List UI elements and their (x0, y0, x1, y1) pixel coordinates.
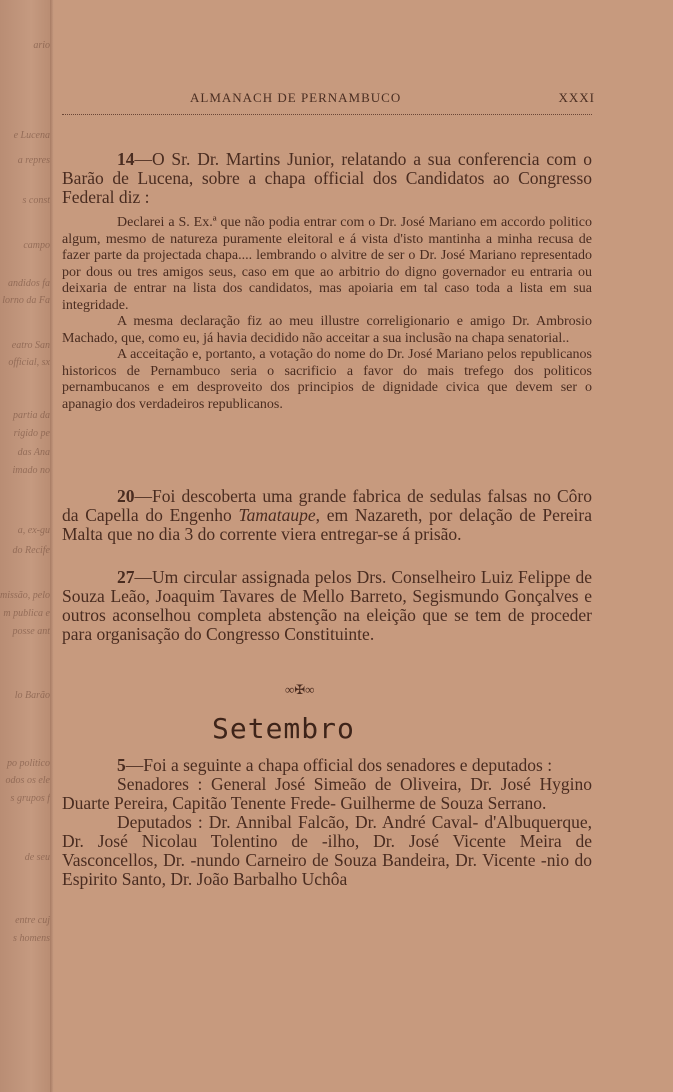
facing-page-fragment: m publica e (3, 608, 50, 619)
facing-page-fragment: imado no (13, 465, 51, 476)
header-rule (62, 114, 592, 115)
facing-page-fragment: campo (23, 240, 50, 251)
senadores-list: Senadores : General José Simeão de Olive… (62, 775, 592, 813)
facing-page-fragment: s const (23, 195, 51, 206)
entry-day: 14 (117, 149, 135, 169)
facing-page-fragment: e Lucena (14, 130, 50, 141)
ornament-divider: ∞✠∞ (285, 682, 314, 698)
quote-paragraph: A acceitação e, portanto, a votação do n… (62, 347, 592, 413)
facing-page-fragment: s grupos f (11, 793, 50, 804)
deputados-list: Deputados : Dr. Annibal Falcão, Dr. Andr… (62, 813, 592, 889)
facing-page-fragment: eatro San (12, 340, 50, 351)
facing-page-fragment: ario (33, 40, 50, 51)
entry-text: —Foi a seguinte a chapa official dos sen… (126, 755, 552, 775)
facing-page-fragment: s homens (13, 933, 50, 944)
facing-page-fragment: official, sx (8, 357, 50, 368)
facing-page-fragment: andidos fa (8, 278, 50, 289)
facing-page-fragment: das Ana (18, 447, 50, 458)
facing-page-fragment: de seu (25, 852, 50, 863)
entry-27: 27—Um circular assignada pelos Drs. Cons… (62, 568, 592, 644)
facing-page-edge: ario e Lucena a repres s const campo and… (0, 0, 52, 1092)
facing-page-fragment: odos os ele (6, 775, 50, 786)
quoted-statement: Declarei a S. Ex.ª que não podia entrar … (62, 215, 592, 413)
facing-page-fragment: a, ex-gu (18, 525, 50, 536)
facing-page-fragment: posse ant (13, 626, 51, 637)
entry-italic: Tamataupe (239, 505, 316, 525)
quote-paragraph: Declarei a S. Ex.ª que não podia entrar … (62, 215, 592, 314)
facing-page-fragment: partia da (13, 410, 50, 421)
entry-day: 20 (117, 486, 135, 506)
entry-14: 14—O Sr. Dr. Martins Junior, relatando a… (62, 150, 592, 207)
facing-page-fragment: po politico (7, 758, 50, 769)
entry-text: —O Sr. Dr. Martins Junior, relatando a s… (62, 149, 592, 207)
facing-page-fragment: rigido pe (14, 428, 50, 439)
entry-day: 5 (117, 755, 126, 775)
entry-20: 20—Foi descoberta uma grande fabrica de … (62, 487, 592, 544)
quote-paragraph: A mesma declaração fiz ao meu illustre c… (62, 314, 592, 347)
page-number: XXXI (559, 90, 596, 106)
facing-page-fragment: do Recife (13, 545, 50, 556)
facing-page-fragment: a repres (18, 155, 50, 166)
month-heading: Setembro (212, 712, 355, 745)
entry-day: 27 (117, 567, 135, 587)
facing-page-fragment: lorno da Fa (2, 295, 50, 306)
entry-sept-5: 5—Foi a seguinte a chapa official dos se… (62, 756, 592, 889)
running-header: ALMANACH DE PERNAMBUCO XXXI (190, 90, 595, 106)
facing-page-fragment: lo Barão (15, 690, 50, 701)
entry-text: —Um circular assignada pelos Drs. Consel… (62, 567, 592, 644)
facing-page-fragment: missão, pelo (0, 590, 50, 601)
facing-page-fragment: entre cuj (15, 915, 50, 926)
header-title: ALMANACH DE PERNAMBUCO (190, 90, 401, 106)
